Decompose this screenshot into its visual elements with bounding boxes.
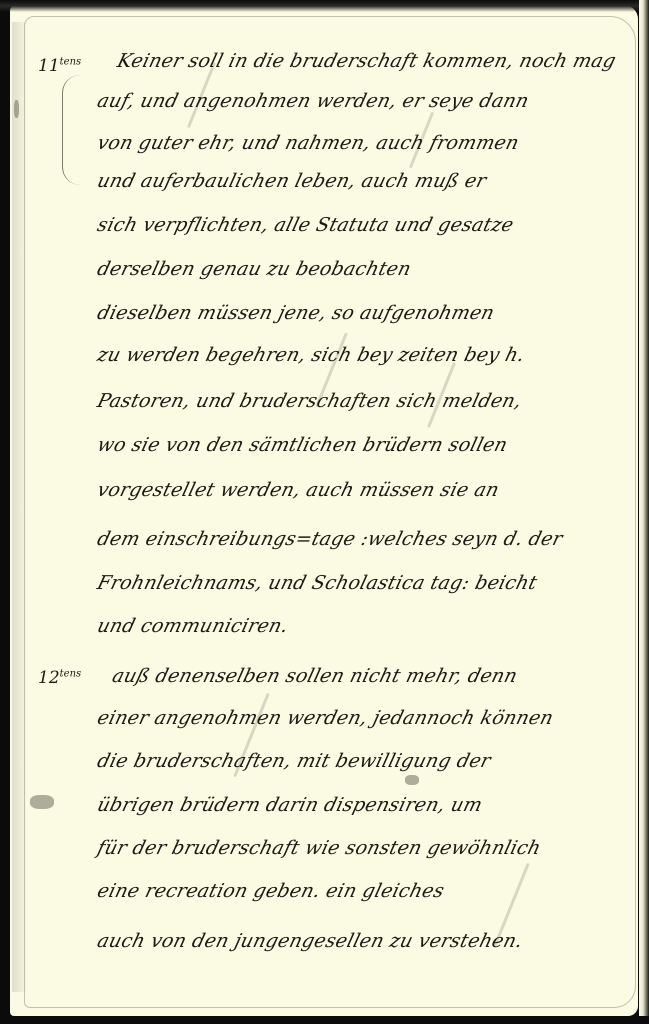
text-line: einer angenohmen werden, jedannoch könne… [95, 707, 556, 729]
text-line: auß denenselben sollen nicht mehr, denn [110, 665, 520, 687]
page-border [24, 16, 636, 1008]
paragraph-number-suffix: tens [60, 668, 82, 679]
margin-bracket [62, 75, 83, 185]
scan-top-edge [0, 0, 649, 12]
text-line: Keiner soll in die bruderschaft kommen, … [115, 50, 618, 72]
text-line: dieselben müssen jene, so aufgenohmen [95, 302, 497, 324]
paragraph-number-value: 12 [38, 668, 60, 688]
text-line: und auferbaulichen leben, auch muß er [95, 170, 489, 192]
paragraph-number-value: 11 [38, 56, 60, 76]
paragraph-number: 11tens [38, 56, 81, 76]
text-line: derselben genau zu beobachten [95, 258, 413, 280]
text-line: auch von den jungengesellen zu verstehen… [95, 930, 525, 952]
scan-right-edge [639, 0, 649, 1024]
paragraph-number-suffix: tens [60, 56, 82, 67]
text-line: Frohnleichnams, und Scholastica tag: bei… [95, 572, 539, 594]
text-line: vorgestellet werden, auch müssen sie an [95, 479, 501, 501]
ink-stain [405, 775, 419, 785]
text-line: sich verpflichten, alle Statuta und gesa… [95, 214, 516, 236]
text-line: auf, und angenohmen werden, er seye dann [95, 90, 531, 112]
text-line: Pastoren, und bruderschaften sich melden… [95, 390, 524, 412]
ink-mark [14, 100, 19, 118]
scan-bottom-edge [0, 1016, 649, 1024]
text-line: für der bruderschaft wie sonsten gewöhnl… [95, 837, 543, 859]
text-line: übrigen brüdern darin dispensiren, um [95, 794, 485, 816]
text-line: und communiciren. [95, 615, 291, 637]
paragraph-number: 12tens [38, 668, 81, 688]
text-line: zu werden begehren, sich bey zeiten bey … [95, 344, 527, 366]
text-line: wo sie von den sämtlichen brüdern sollen [95, 434, 510, 456]
text-line: die bruderschaften, mit bewilligung der [95, 750, 493, 772]
ink-stain [30, 795, 54, 809]
text-line: von guter ehr, und nahmen, auch frommen [95, 132, 521, 154]
text-line: eine recreation geben. ein gleiches [95, 880, 447, 902]
text-line: dem einschreibungs=tage :welches seyn d.… [95, 528, 565, 550]
